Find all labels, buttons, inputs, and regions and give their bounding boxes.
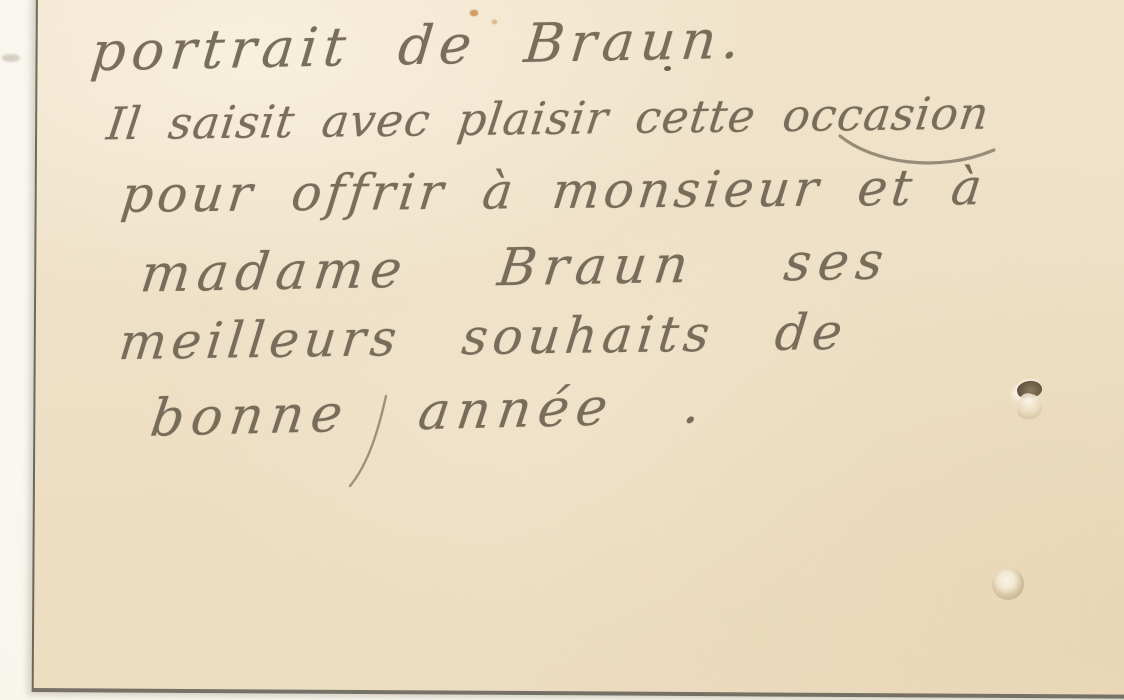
edge-smudge (2, 54, 20, 62)
pen-descender-stroke (342, 392, 402, 492)
paper-hole-dent (992, 568, 1024, 600)
photo-backdrop: { "note": { "lines": [ "portrait de Brau… (0, 0, 1124, 700)
handwriting-line-5: meilleurs souhaits de (116, 303, 850, 371)
handwriting-line-1: portrait de Braun. (88, 8, 749, 84)
paper-hole-torn (1006, 374, 1050, 422)
pen-flourish-stroke (832, 128, 1002, 198)
